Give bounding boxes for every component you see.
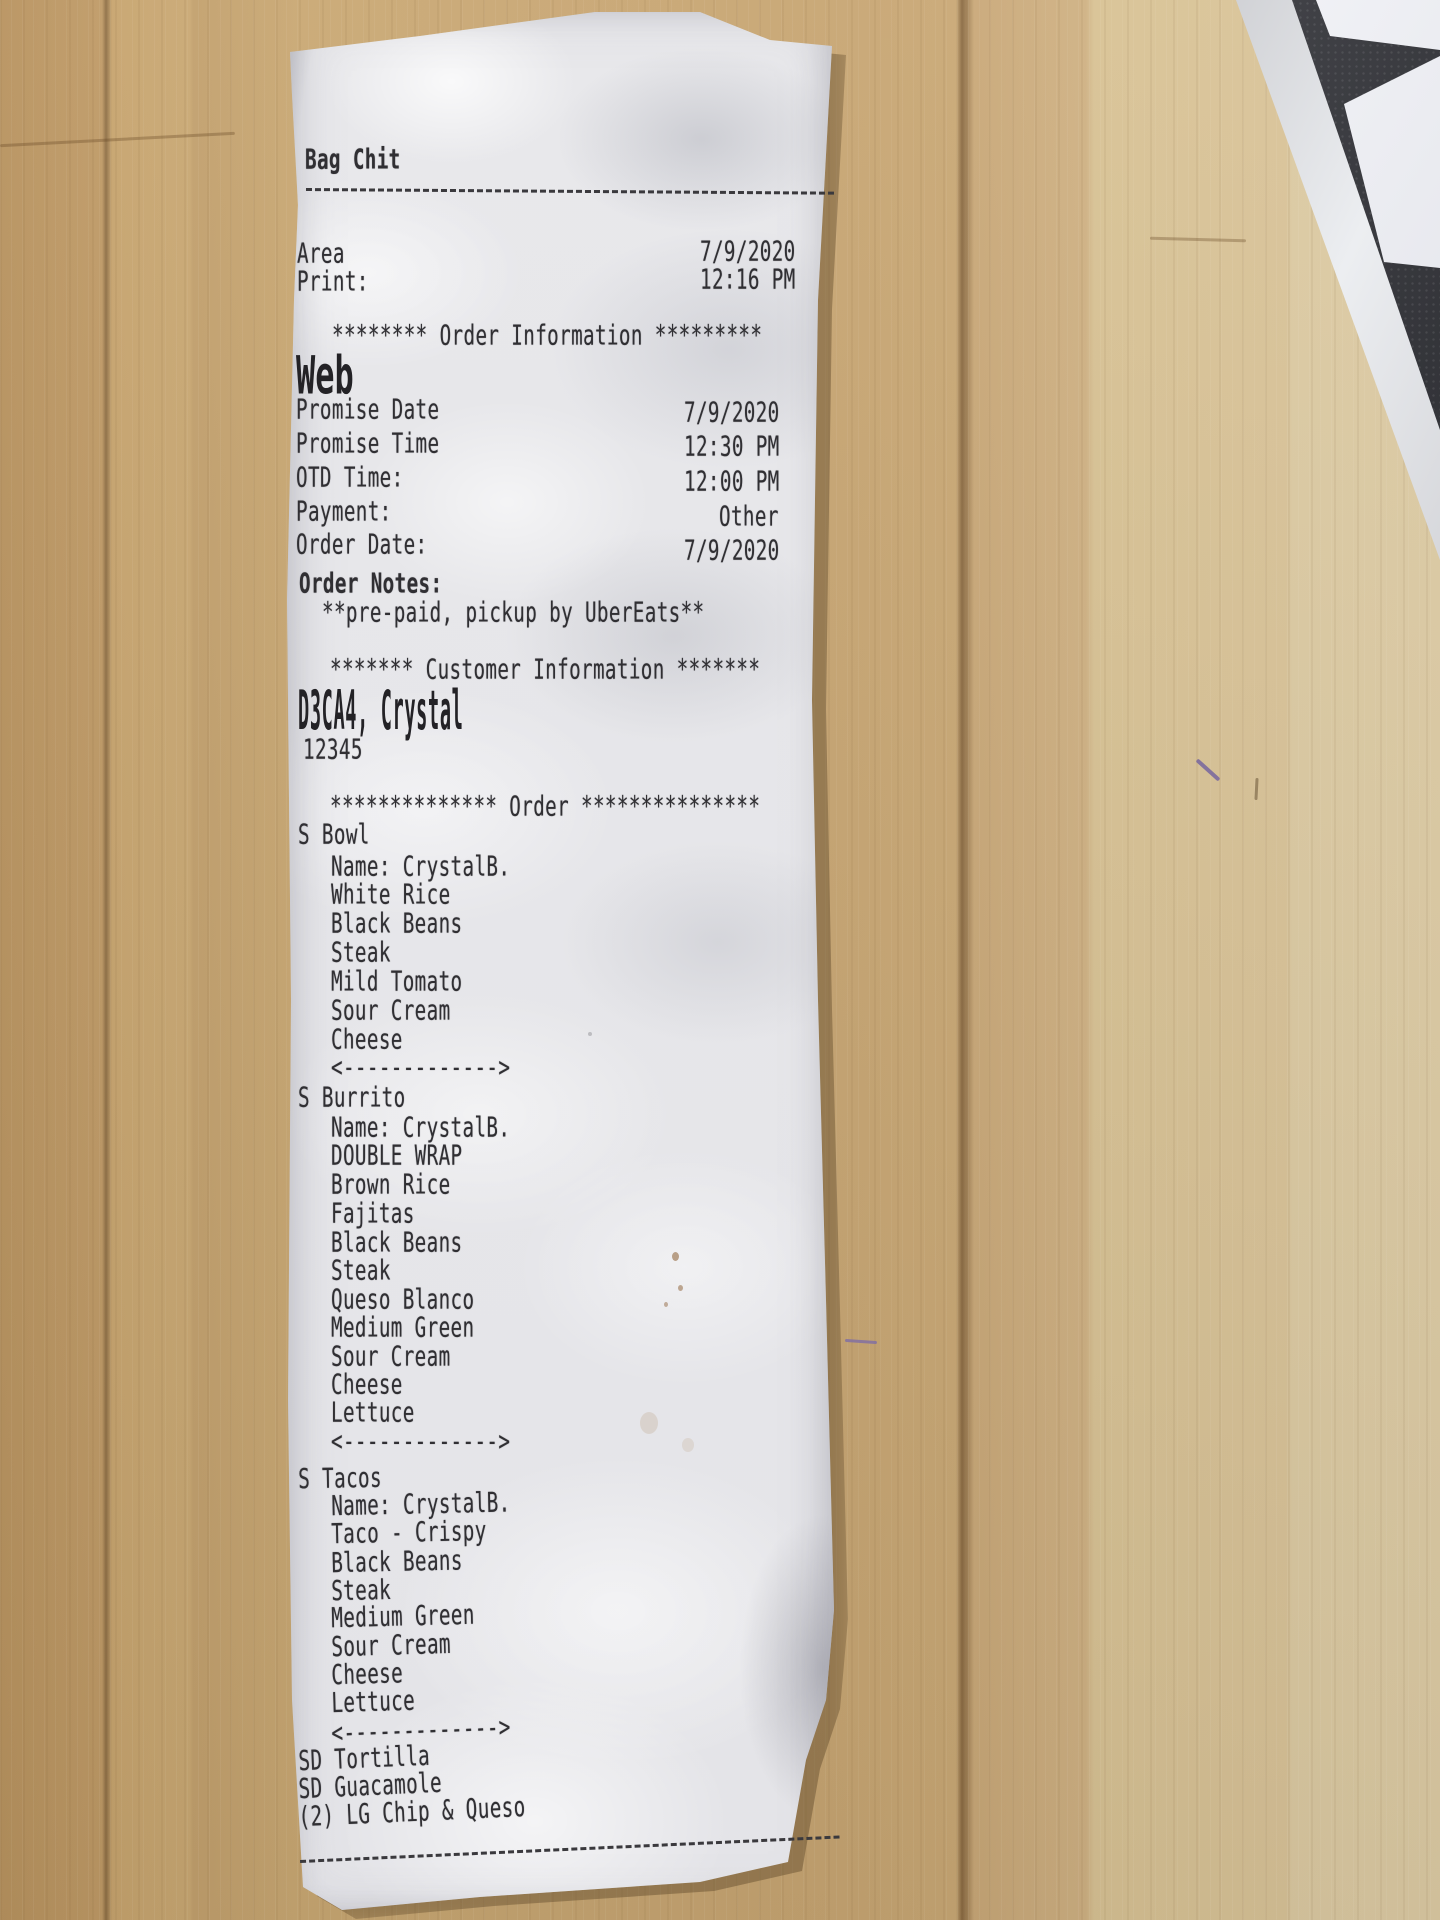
- item-detail: Steak: [331, 1257, 391, 1286]
- item-detail: Black Beans: [331, 1547, 463, 1579]
- section-arrow: <------------->: [331, 1054, 510, 1083]
- item-detail: Name: CrystalB.: [331, 853, 510, 882]
- item-detail: White Rice: [331, 881, 451, 910]
- keyboard: [1150, 0, 1440, 620]
- item-detail: Name: CrystalB.: [331, 1114, 510, 1143]
- order-info-row-label: Promise Date: [296, 396, 439, 425]
- area-label: Area: [297, 240, 345, 269]
- order-info-row-label: OTD Time:: [296, 464, 404, 493]
- item-detail: Black Beans: [331, 910, 462, 939]
- item-detail: Taco - Crispy: [331, 1518, 487, 1550]
- item-detail: Sour Cream: [331, 997, 451, 1026]
- section-arrow: <------------->: [331, 1428, 510, 1457]
- item-detail: Steak: [331, 939, 391, 968]
- order-info-row-label: Order Date:: [296, 531, 427, 560]
- item-detail: Brown Rice: [331, 1171, 451, 1200]
- order-info-row-value: Other: [719, 503, 779, 532]
- order-header: ************** Order ***************: [330, 793, 760, 822]
- order-info-row-label: Payment:: [296, 498, 392, 527]
- order-info-row-value: 7/9/2020: [684, 537, 780, 566]
- stain-dot: [664, 1302, 668, 1307]
- order-info-row-value: 12:00 PM: [684, 468, 780, 497]
- order-info-row-label: Promise Time: [296, 430, 439, 459]
- print-time: 12:16 PM: [700, 266, 796, 295]
- order-info-row-value: 7/9/2020: [684, 399, 780, 428]
- item-detail: Fajitas: [331, 1200, 415, 1229]
- item-detail: Mild Tomato: [331, 968, 462, 997]
- item-name: S Burrito: [298, 1084, 406, 1113]
- customer-name: D3CA4, Crystal: [298, 686, 463, 740]
- item-detail: Lettuce: [331, 1687, 416, 1719]
- item-name: S Bowl: [298, 821, 370, 850]
- stain-smudge: [682, 1438, 694, 1452]
- item-detail: Cheese: [331, 1026, 403, 1055]
- item-detail: Lettuce: [331, 1399, 415, 1428]
- stain-dot: [588, 1032, 592, 1036]
- order-info-row-value: 12:30 PM: [684, 433, 780, 462]
- item-detail: Queso Blanco: [331, 1286, 474, 1315]
- order-notes-label: Order Notes:: [299, 570, 442, 599]
- order-note: **pre-paid, pickup by UberEats**: [322, 599, 705, 628]
- stain-smudge: [640, 1412, 658, 1434]
- item-detail: Sour Cream: [331, 1343, 451, 1372]
- stain-dot: [678, 1285, 683, 1291]
- item-detail: DOUBLE WRAP: [331, 1142, 462, 1171]
- receipt-title: Bag Chit: [305, 146, 401, 175]
- item-detail: Medium Green: [331, 1314, 474, 1343]
- print-label: Print:: [297, 268, 369, 297]
- order-info-header: ******** Order Information *********: [332, 322, 762, 351]
- stain-dot: [672, 1252, 679, 1261]
- print-date: 7/9/2020: [700, 238, 796, 267]
- item-detail: Black Beans: [331, 1229, 462, 1258]
- customer-number: 12345: [303, 736, 363, 765]
- item-detail: Cheese: [331, 1371, 403, 1400]
